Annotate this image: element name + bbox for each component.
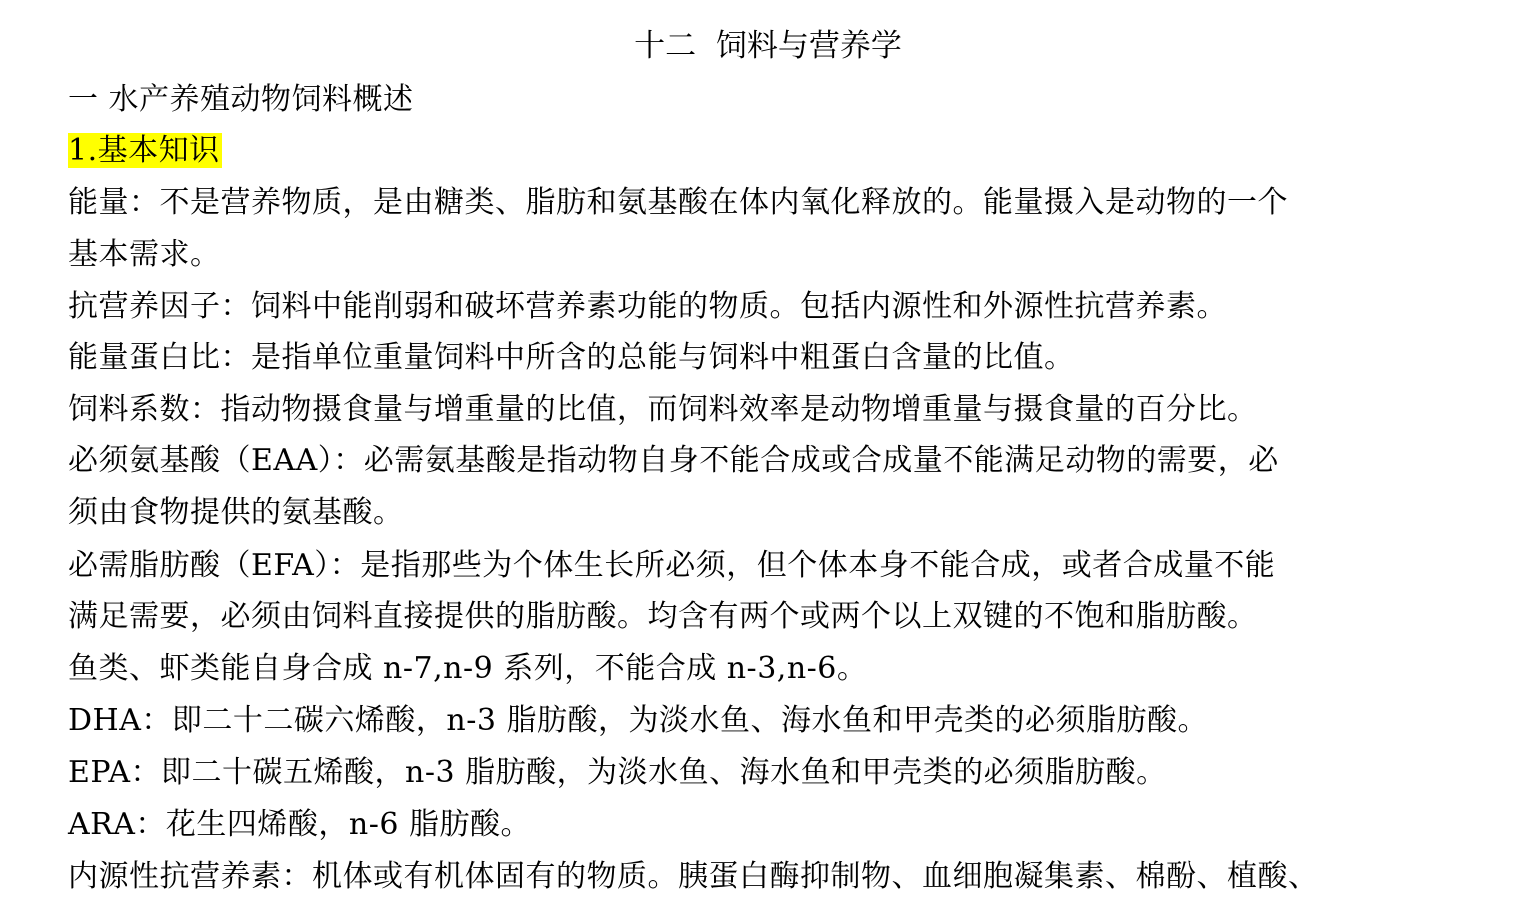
paragraph-line-ara: ARA：花生四烯酸，n-6 脂肪酸。 [68, 805, 531, 845]
chapter-title: 十二 饲料与营养学 [0, 26, 1536, 66]
paragraph-line-dha: DHA：即二十二碳六烯酸，n-3 脂肪酸，为淡水鱼、海水鱼和甲壳类的必须脂肪酸。 [68, 701, 1208, 741]
paragraph-line-eaa-cont: 须由食物提供的氨基酸。 [68, 493, 404, 533]
highlighted-heading-text: 1.基本知识 [68, 133, 222, 168]
document-page: 十二 饲料与营养学 一 水产养殖动物饲料概述 1.基本知识 能量：不是营养物质，… [0, 0, 1536, 912]
paragraph-line-energy: 能量：不是营养物质，是由糖类、脂肪和氨基酸在体内氧化释放的。能量摄入是动物的一个 [68, 183, 1288, 223]
section-heading: 一 水产养殖动物饲料概述 [68, 80, 414, 120]
paragraph-line-energy-protein-ratio: 能量蛋白比：是指单位重量饲料中所含的总能与饲料中粗蛋白含量的比值。 [68, 338, 1075, 378]
paragraph-line-antinutritional-factor: 抗营养因子：饲料中能削弱和破坏营养素功能的物质。包括内源性和外源性抗营养素。 [68, 287, 1227, 327]
paragraph-line-fish-synthesis: 鱼类、虾类能自身合成 n-7,n-9 系列，不能合成 n-3,n-6。 [68, 649, 867, 689]
paragraph-line-energy-cont: 基本需求。 [68, 235, 221, 275]
paragraph-line-feed-coefficient: 饲料系数：指动物摄食量与增重量的比值，而饲料效率是动物增重量与摄食量的百分比。 [68, 390, 1258, 430]
paragraph-line-endogenous-antinutrients: 内源性抗营养素：机体或有机体固有的物质。胰蛋白酶抑制物、血细胞凝集素、棉酚、植酸… [68, 857, 1319, 897]
paragraph-line-efa-cont: 满足需要，必须由饲料直接提供的脂肪酸。均含有两个或两个以上双键的不饱和脂肪酸。 [68, 597, 1258, 637]
paragraph-line-epa: EPA：即二十碳五烯酸，n-3 脂肪酸，为淡水鱼、海水鱼和甲壳类的必须脂肪酸。 [68, 753, 1167, 793]
paragraph-line-efa: 必需脂肪酸（EFA）：是指那些为个体生长所必须，但个体本身不能合成，或者合成量不… [68, 546, 1275, 586]
paragraph-line-eaa: 必须氨基酸（EAA）：必需氨基酸是指动物自身不能合成或合成量不能满足动物的需要，… [68, 441, 1279, 481]
subsection-heading: 1.基本知识 [68, 131, 222, 171]
